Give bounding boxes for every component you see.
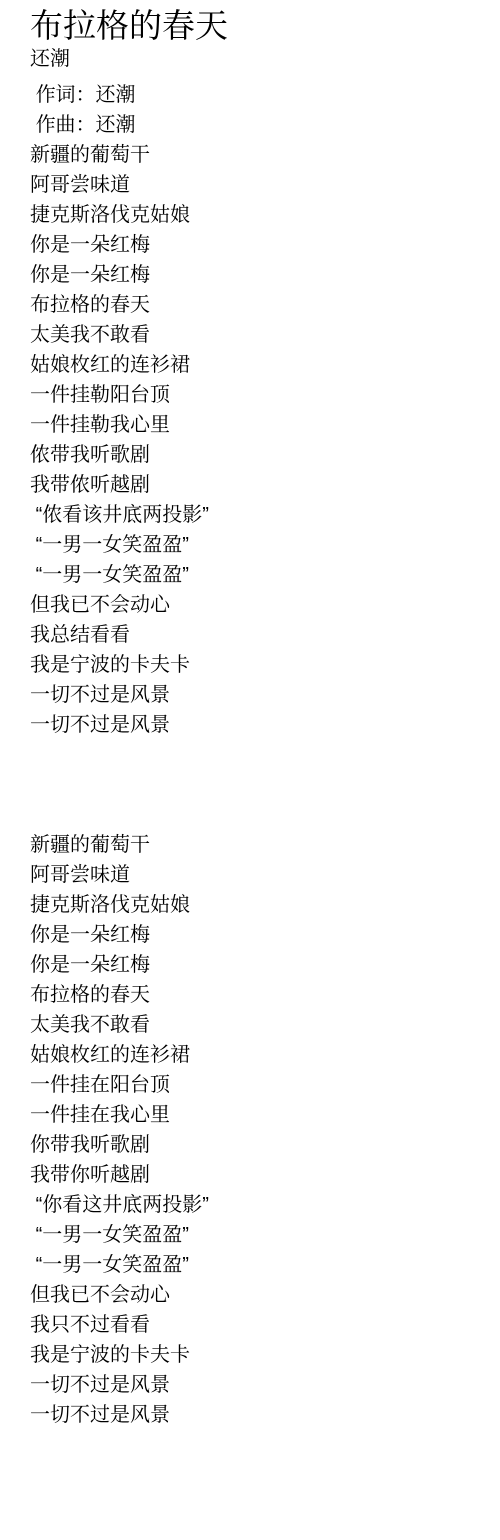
lyric-line: “一男一女笑盈盈” bbox=[30, 530, 480, 560]
song-credits: 作词：还潮 作曲：还潮 bbox=[30, 80, 480, 140]
lyric-line: 一件挂勒我心里 bbox=[30, 410, 480, 440]
lyric-line: 太美我不敢看 bbox=[30, 1010, 480, 1040]
lyric-line: “侬看该井底两投影” bbox=[30, 500, 480, 530]
credit-line: 作词：还潮 bbox=[30, 80, 480, 110]
lyric-line: 一切不过是风景 bbox=[30, 710, 480, 740]
lyric-line: 你带我听歌剧 bbox=[30, 1130, 480, 1160]
lyric-line: 新疆的葡萄干 bbox=[30, 140, 480, 170]
credit-line: 作曲：还潮 bbox=[30, 110, 480, 140]
lyric-line: “一男一女笑盈盈” bbox=[30, 560, 480, 590]
lyric-line: 你是一朵红梅 bbox=[30, 230, 480, 260]
lyric-line: 我带侬听越剧 bbox=[30, 470, 480, 500]
lyric-line: 阿哥尝味道 bbox=[30, 860, 480, 890]
lyric-line: “你看这井底两投影” bbox=[30, 1190, 480, 1220]
lyric-line: 你是一朵红梅 bbox=[30, 950, 480, 980]
lyric-line: 但我已不会动心 bbox=[30, 1280, 480, 1310]
lyric-line: “一男一女笑盈盈” bbox=[30, 1250, 480, 1280]
lyric-line: 布拉格的春天 bbox=[30, 980, 480, 1010]
lyric-line: 捷克斯洛伐克姑娘 bbox=[30, 200, 480, 230]
lyric-line: 一切不过是风景 bbox=[30, 1400, 480, 1430]
lyric-line: 阿哥尝味道 bbox=[30, 170, 480, 200]
lyrics-verse-2: 新疆的葡萄干阿哥尝味道捷克斯洛伐克姑娘你是一朵红梅你是一朵红梅布拉格的春天太美我… bbox=[30, 830, 480, 1430]
lyric-line: 我总结看看 bbox=[30, 620, 480, 650]
lyric-line: 但我已不会动心 bbox=[30, 590, 480, 620]
song-title: 布拉格的春天 bbox=[30, 6, 480, 46]
lyric-line: 我只不过看看 bbox=[30, 1310, 480, 1340]
lyric-line: 捷克斯洛伐克姑娘 bbox=[30, 890, 480, 920]
lyric-line: 一件挂在我心里 bbox=[30, 1100, 480, 1130]
lyric-line: 一切不过是风景 bbox=[30, 680, 480, 710]
lyric-line: 我是宁波的卡夫卡 bbox=[30, 1340, 480, 1370]
lyric-line: 姑娘枚红的连衫裙 bbox=[30, 350, 480, 380]
lyric-line: 一切不过是风景 bbox=[30, 1370, 480, 1400]
lyric-line: 我是宁波的卡夫卡 bbox=[30, 650, 480, 680]
lyric-line: 我带你听越剧 bbox=[30, 1160, 480, 1190]
lyric-line: 你是一朵红梅 bbox=[30, 260, 480, 290]
lyric-line: 一件挂勒阳台顶 bbox=[30, 380, 480, 410]
lyric-line: 你是一朵红梅 bbox=[30, 920, 480, 950]
lyric-line: “一男一女笑盈盈” bbox=[30, 1220, 480, 1250]
lyric-line: 侬带我听歌剧 bbox=[30, 440, 480, 470]
lyric-line: 新疆的葡萄干 bbox=[30, 830, 480, 860]
song-artist: 还潮 bbox=[30, 46, 480, 72]
lyric-line: 布拉格的春天 bbox=[30, 290, 480, 320]
lyric-line: 姑娘枚红的连衫裙 bbox=[30, 1040, 480, 1070]
lyrics-verse-1: 新疆的葡萄干阿哥尝味道捷克斯洛伐克姑娘你是一朵红梅你是一朵红梅布拉格的春天太美我… bbox=[30, 140, 480, 740]
lyric-line: 一件挂在阳台顶 bbox=[30, 1070, 480, 1100]
lyric-line: 太美我不敢看 bbox=[30, 320, 480, 350]
lyrics-page: 布拉格的春天 还潮 作词：还潮 作曲：还潮 新疆的葡萄干阿哥尝味道捷克斯洛伐克姑… bbox=[0, 0, 500, 1470]
